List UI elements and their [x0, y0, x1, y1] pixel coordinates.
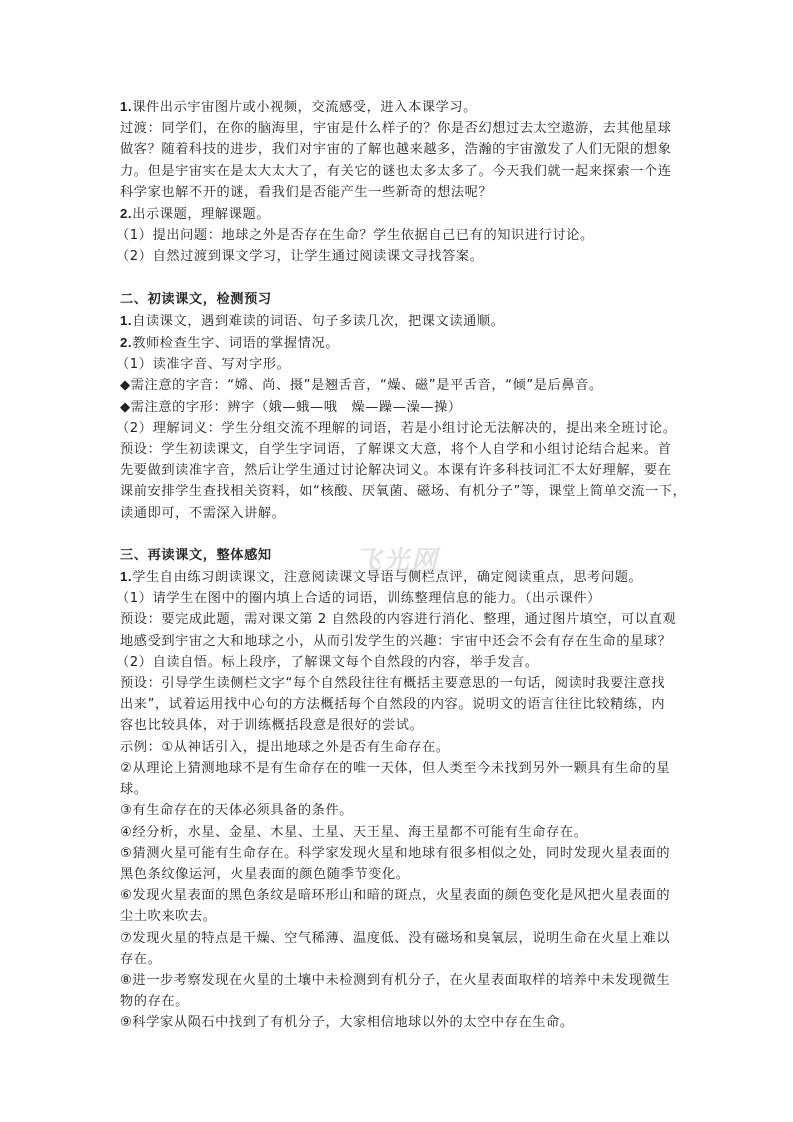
item-number: 1.: [120, 99, 132, 114]
transition-line: 做客？随着科技的进步，我们对宇宙的了解也越来越多，浩瀚的宇宙激发了人们无限的想象: [120, 139, 680, 160]
s1-item1: 1.课件出示宇宙图片或小视频，交流感受，进入本课学习。: [120, 96, 680, 118]
preset-line: 地感受到宇宙之大和地球之小，从而引发学生的兴趣：宇宙中还会不会有存在生命的星球？: [120, 631, 680, 652]
preset-line: 出来”，试着运用找中心句的方法概括每个自然段的内容。说明文的语言往往比较精练，内: [120, 694, 680, 715]
example-line: 尘土吹来吹去。: [120, 906, 680, 927]
item-number: 1.: [120, 313, 132, 328]
preset-line: 预设：学生初读课文，自学生字词语，了解课文大意，将个人自学和小组讨论结合起来。首: [120, 439, 680, 460]
preset-line: 读通即可，不需深入讲解。: [120, 503, 680, 524]
spacer: [120, 524, 680, 545]
s1-item2: 2.出示课题，理解课题。: [120, 203, 680, 225]
s2-item2: 2.教师检查生字、词语的掌握情况。: [120, 332, 680, 354]
item-text: 学生自由练习朗读课文，注意阅读课文导语与侧栏点评，确定阅读重点，思考问题。: [132, 570, 642, 585]
example-line: 示例：①从神话引入，提出地球之外是否有生命存在。: [120, 737, 680, 758]
preset-line: 课前安排学生查找相关资料，如“核酸、厌氧菌、磁场、有机分子”等，课堂上简单交流一…: [120, 481, 680, 502]
s3-sub1: （1）请学生在图中的圈内填上合适的词语，训练整理信息的能力。（出示课件）: [116, 588, 680, 609]
spacer: [120, 268, 680, 289]
example-line: ⑧进一步考察发现在火星的土壤中未检测到有机分子，在火星表面取样的培养中未发现微生: [120, 970, 680, 991]
pronunciation-bullet: ◆需注意的字音：“嫦、尚、摄”是翘舌音，“燥、磁”是平舌音，“倾”是后鼻音。: [120, 375, 680, 396]
item-text: 课件出示宇宙图片或小视频，交流感受，进入本课学习。: [132, 100, 477, 115]
preset-line: 容也比较具体，对于训练概括段意是很好的尝试。: [120, 715, 680, 736]
transition-line: 过渡：同学们，在你的脑海里，宇宙是什么样子的？你是否幻想过去太空遨游，去其他星球: [120, 118, 680, 139]
s1-sub1: （1）提出问题：地球之外是否存在生命？学生依据自己已有的知识进行讨论。: [116, 225, 680, 246]
example-line: ②从理论上猜测地球不是有生命存在的唯一天体，但人类至今未找到另外一颗具有生命的星: [120, 758, 680, 779]
item-text: 自读课文，遇到难读的词语、句子多读几次，把课文读通顺。: [132, 314, 504, 329]
example-line: ⑦发现火星的特点是干燥、空气稀薄、温度低、没有磁场和臭氧层，说明生命在火星上难以: [120, 928, 680, 949]
transition-line: 科学家也解不开的谜，看我们是否能产生一些新奇的想法呢？: [120, 182, 680, 203]
example-line: ⑥发现火星表面的黑色条纹是暗环形山和暗的斑点，火星表面的颜色变化是风把火星表面的: [120, 885, 680, 906]
item-text: 教师检查生字、词语的掌握情况。: [132, 336, 339, 351]
character-form-bullet: ◆需注意的字形：辨字（娥—蛾—哦 燥—躁—澡—操）: [120, 397, 680, 418]
section2-heading: 二、初读课文，检测预习: [120, 289, 680, 310]
item-number: 1.: [120, 569, 132, 584]
s3-sub2: （2）自读自悟。标上段序，了解课文每个自然段的内容，举手发言。: [116, 652, 680, 673]
transition-line: 力。但是宇宙实在是太大太大了，有关它的谜也太多太多了。今天我们就一起来探索一个连: [120, 161, 680, 182]
s2-sub1: （1）读准字音、写对字形。: [116, 354, 680, 375]
s1-sub2: （2）自然过渡到课文学习，让学生通过阅读课文寻找答案。: [116, 246, 680, 267]
preset-line: 先要做到读准字音，然后让学生通过讨论解决词义。本课有许多科技词汇不太好理解，要在: [120, 460, 680, 481]
s2-sub2: （2）理解词义：学生分组交流不理解的词语，若是小组讨论无法解决的，提出来全班讨论…: [116, 418, 680, 439]
preset-line: 预设：引导学生读侧栏文字“每个自然段往往有概括主要意思的一句话，阅读时我要注意找: [120, 673, 680, 694]
preset-line: 预设：要完成此题，需对课文第 2 自然段的内容进行消化、整理，通过图片填空，可以…: [120, 609, 680, 630]
s2-item1: 1.自读课文，遇到难读的词语、句子多读几次，把课文读通顺。: [120, 310, 680, 332]
document-page: 1.课件出示宇宙图片或小视频，交流感受，进入本课学习。 过渡：同学们，在你的脑海…: [120, 96, 680, 1034]
item-text: 出示课题，理解课题。: [132, 207, 270, 222]
example-line: ③有生命存在的天体必须具备的条件。: [120, 800, 680, 821]
example-line: ④经分析，水星、金星、木星、土星、天王星、海王星都不可能有生命存在。: [120, 822, 680, 843]
example-line: 球。: [120, 779, 680, 800]
example-line: ⑨科学家从陨石中找到了有机分子，大家相信地球以外的太空中存在生命。: [120, 1012, 680, 1033]
example-line: 黑色条纹像运河，火星表面的颜色随季节变化。: [120, 864, 680, 885]
example-line: 物的存在。: [120, 991, 680, 1012]
example-line: 存在。: [120, 949, 680, 970]
item-number: 2.: [120, 335, 132, 350]
example-line: ⑤猜测火星可能有生命存在。科学家发现火星和地球有很多相似之处，同时发现火星表面的: [120, 843, 680, 864]
item-number: 2.: [120, 206, 132, 221]
section3-heading: 三、再读课文，整体感知: [120, 545, 680, 566]
s3-item1: 1.学生自由练习朗读课文，注意阅读课文导语与侧栏点评，确定阅读重点，思考问题。: [120, 566, 680, 588]
